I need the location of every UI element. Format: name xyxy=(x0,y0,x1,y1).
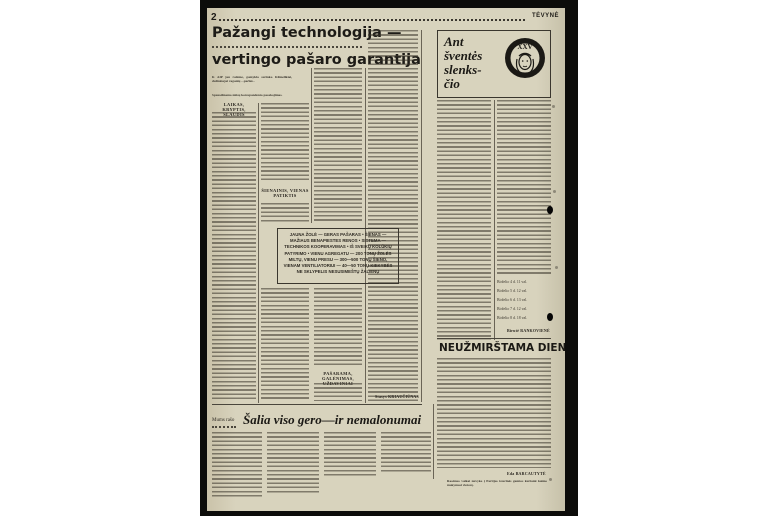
paper-speck xyxy=(549,478,552,481)
bottom-column-2 xyxy=(267,432,319,494)
lead-note: Spausdinamo mūsų korespondento pasakojim… xyxy=(212,93,292,99)
page-header: 2 TĖVYNĖ xyxy=(211,14,559,24)
column-divider xyxy=(433,404,434,479)
bottom-article-headline: Šalia viso gero—ir nemalonumai xyxy=(243,412,421,428)
section-heading-2: ŠIENAINIS, VIENAS PATIKTIS xyxy=(261,188,309,198)
paper-speck xyxy=(552,105,555,108)
schedule-item: Birželio 4 d. 11 val. xyxy=(497,278,551,287)
column-divider xyxy=(258,103,259,403)
newspaper-page: 2 TĖVYNĖ Pažangi technologija — vertingo… xyxy=(207,8,565,511)
article-column-3-end xyxy=(314,383,362,401)
sidebar-title: Ant šventės slenks- čio xyxy=(444,35,482,91)
schedule-item: Birželio 8 d. 18 val. xyxy=(497,314,551,323)
kicker-rule xyxy=(212,426,236,428)
sidebar-signature: Birutė RANKOVIENĖ xyxy=(507,328,550,333)
highlight-box: JAUNA ŽOLĖ — GERAS PAŠARAS • ŠIENAS — MA… xyxy=(277,228,399,284)
schedule-item: Birželio 7 d. 12 val. xyxy=(497,305,551,314)
memorial-article-body xyxy=(437,358,551,468)
sidebar-title-box: Ant šventės slenks- čio XXV xyxy=(437,30,551,98)
headline-rule xyxy=(212,46,362,48)
article-column-3-bottom xyxy=(314,288,362,368)
sidebar-schedule: Birželio 4 d. 11 val. Birželio 5 d. 12 v… xyxy=(497,278,551,326)
article-column-2-top xyxy=(261,103,309,183)
masthead: TĖVYNĖ xyxy=(532,13,559,19)
lead-paragraph: K AIP jau rašėme, gamykla surinko Kilmel… xyxy=(212,75,292,93)
binding-hole xyxy=(547,206,553,214)
page-number: 2 xyxy=(211,12,217,23)
sidebar-title-line: čio xyxy=(444,77,482,91)
schedule-item: Birželio 6 d. 13 val. xyxy=(497,296,551,305)
column-divider xyxy=(421,30,422,402)
highlight-box-text: JAUNA ŽOLĖ — GERAS PAŠARAS • ŠIENAS — MA… xyxy=(278,229,398,278)
article-column-4 xyxy=(368,30,418,402)
jubilee-emblem-icon: XXV xyxy=(504,37,546,79)
bottom-column-1 xyxy=(212,432,262,498)
bottom-article-kicker: Mums rašo xyxy=(212,418,234,423)
sidebar-title-line: Ant xyxy=(444,35,482,49)
schedule-item: Birželio 5 d. 12 val. xyxy=(497,287,551,296)
sidebar-title-line: slenks- xyxy=(444,63,482,77)
binding-hole xyxy=(547,313,553,321)
memorial-headline: NEUŽMIRŠTAMA DIENA xyxy=(439,342,565,354)
article-column-2-mid xyxy=(261,203,309,223)
bottom-column-3 xyxy=(324,432,376,478)
article-column-3-top xyxy=(314,68,362,223)
column-divider xyxy=(311,68,312,223)
memorial-caption: Rasėmos vaikai nuvyko į Partijos istorin… xyxy=(447,479,547,489)
header-rule xyxy=(219,19,525,21)
column-divider xyxy=(494,100,495,340)
memorial-signature: Eda BARCAUTYTĖ xyxy=(507,471,546,476)
main-article-signature: Stasys KRIAUČIŪNAS xyxy=(375,394,419,399)
section-rule xyxy=(212,404,422,405)
bottom-column-4 xyxy=(381,432,431,472)
sidebar-column-2 xyxy=(497,100,551,275)
paper-speck xyxy=(555,266,558,269)
sidebar-title-line: šventės xyxy=(444,49,482,63)
article-column-2-bottom xyxy=(261,288,309,400)
article-column-1 xyxy=(212,112,256,402)
svg-text:XXV: XXV xyxy=(517,43,532,51)
sidebar-column-1 xyxy=(437,100,491,340)
section-rule xyxy=(437,338,551,339)
paper-speck xyxy=(553,190,556,193)
